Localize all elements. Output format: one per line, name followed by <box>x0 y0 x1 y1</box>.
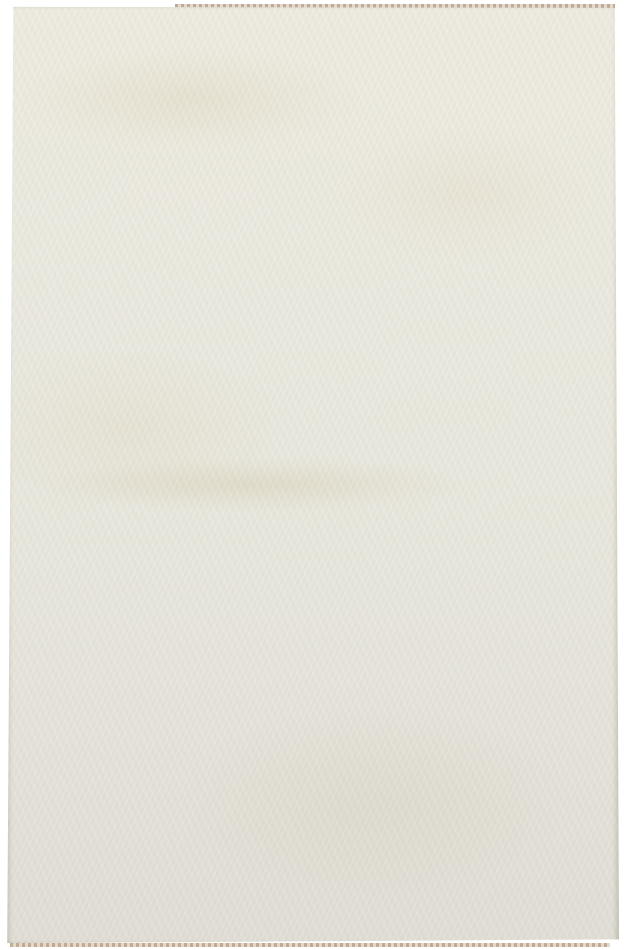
product-photo <box>0 0 625 950</box>
rug-pile-texture <box>6 5 619 945</box>
shag-rug <box>6 5 619 945</box>
rug-fringe-bottom <box>10 943 610 947</box>
